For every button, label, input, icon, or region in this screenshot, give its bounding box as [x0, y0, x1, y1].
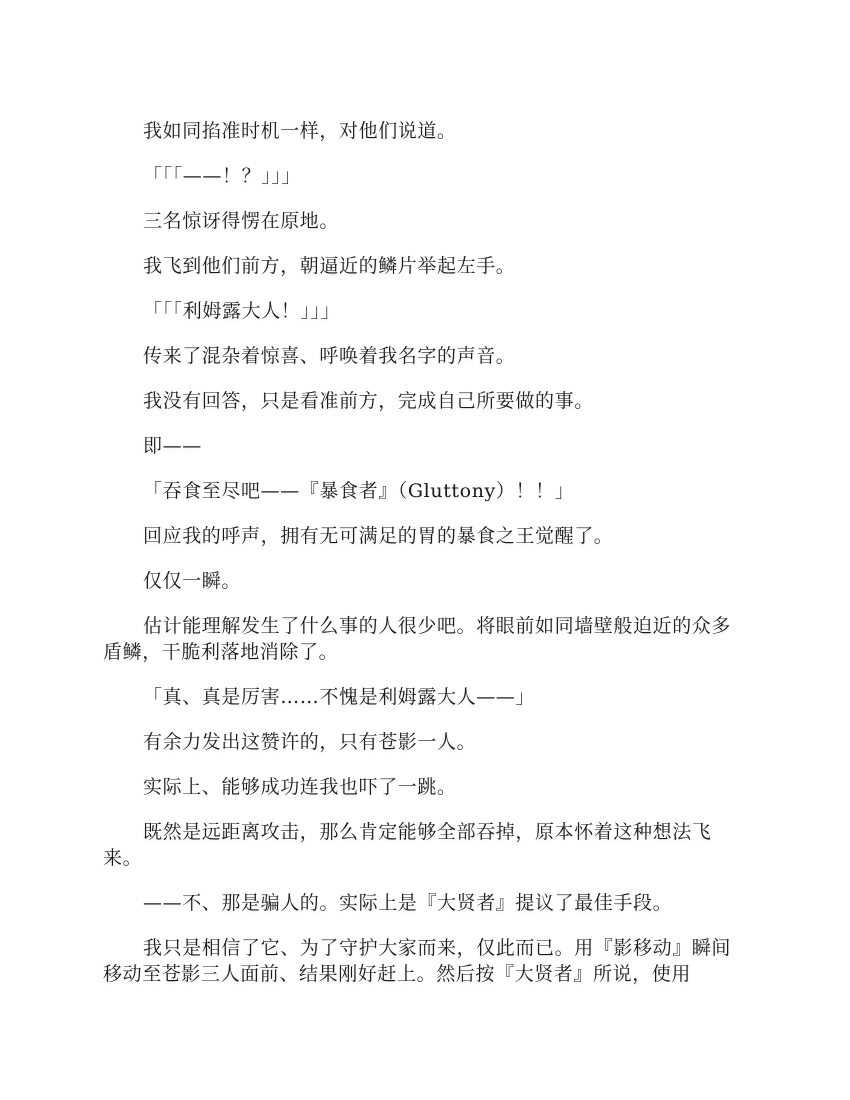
paragraph: 回应我的呼声，拥有无可满足的胃的暴食之王觉醒了。 [103, 523, 747, 549]
paragraph: 即—— [103, 433, 747, 459]
paragraph: 仅仅一瞬。 [103, 568, 747, 594]
paragraph: 传来了混杂着惊喜、呼唤着我名字的声音。 [103, 343, 747, 369]
paragraph: 估计能理解发生了什么事的人很少吧。将眼前如同墙壁般迫近的众多盾鳞，干脆利落地消除… [103, 613, 747, 665]
paragraph: 既然是远距离攻击，那么肯定能够全部吞掉，原本怀着这种想法飞来。 [103, 819, 747, 871]
paragraph: 我没有回答，只是看准前方，完成自己所要做的事。 [103, 388, 747, 414]
paragraph: ——不、那是骗人的。实际上是『大贤者』提议了最佳手段。 [103, 890, 747, 916]
paragraph: 我如同掐准时机一样，对他们说道。 [103, 118, 747, 144]
paragraph: 有余力发出这赞许的，只有苍影一人。 [103, 729, 747, 755]
paragraph: 我飞到他们前方，朝逼近的鳞片举起左手。 [103, 253, 747, 279]
paragraph: 「真、真是厉害……不愧是利姆露大人——」 [103, 684, 747, 710]
paragraph: 「「「利姆露大人！」」」 [103, 298, 747, 324]
paragraph: 我只是相信了它、为了守护大家而来，仅此而已。用『影移动』瞬间移动至苍影三人面前、… [103, 935, 747, 987]
paragraph: 三名惊讶得愣在原地。 [103, 208, 747, 234]
paragraph: 「吞食至尽吧——『暴食者』（Gluttony）！！」 [103, 478, 747, 504]
paragraph: 「「「——！？」」」 [103, 163, 747, 189]
document-page: 我如同掐准时机一样，对他们说道。 「「「——！？」」」 三名惊讶得愣在原地。 我… [103, 118, 747, 1006]
paragraph: 实际上、能够成功连我也吓了一跳。 [103, 774, 747, 800]
